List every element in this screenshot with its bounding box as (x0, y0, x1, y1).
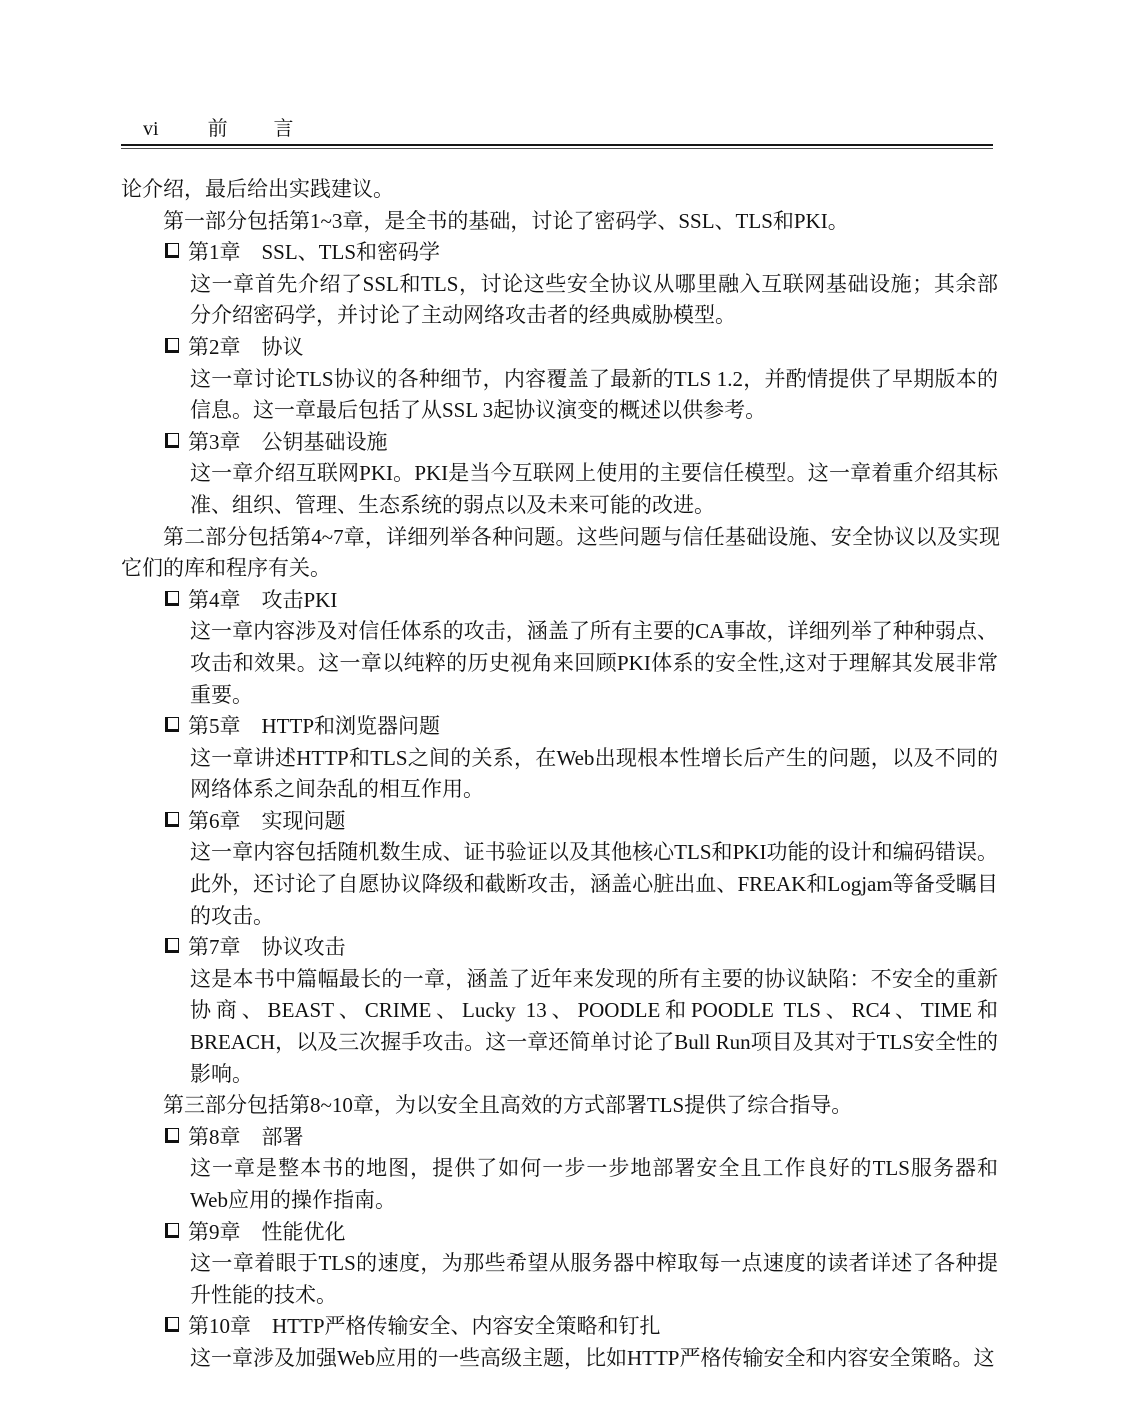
chapter-title: 实现问题 (262, 806, 346, 838)
chapter-item: 第3章公钥基础设施 (121, 427, 1000, 459)
chapter-label: 第1章 (188, 237, 241, 269)
chapter-item: 第2章协议 (121, 332, 1000, 364)
ballot-square-icon (165, 591, 179, 606)
ballot-square-icon (165, 717, 179, 732)
running-header: vi 前言 (121, 116, 993, 149)
chapter-title: SSL、TLS和密码学 (262, 237, 441, 269)
ballot-square-icon (165, 1223, 179, 1238)
chapter-item: 第4章攻击PKI (121, 585, 1000, 617)
header-title: 前言 (208, 116, 340, 142)
chapter-title: 协议攻击 (262, 932, 346, 964)
chapter-item: 第5章HTTP和浏览器问题 (121, 711, 1000, 743)
chapter-description: 这一章是整本书的地图，提供了如何一步一步地部署安全且工作良好的TLS服务器和We… (190, 1153, 998, 1216)
chapter-item: 第7章协议攻击 (121, 932, 1000, 964)
ballot-square-icon (165, 433, 179, 448)
book-page: vi 前言 论介绍，最后给出实践建议。第一部分包括第1~3章，是全书的基础，讨论… (0, 0, 1140, 1423)
ballot-square-icon (165, 938, 179, 953)
chapter-description: 这是本书中篇幅最长的一章，涵盖了近年来发现的所有主要的协议缺陷：不安全的重新协商… (190, 964, 998, 1090)
chapter-description: 这一章着眼于TLS的速度，为那些希望从服务器中榨取每一点速度的读者详述了各种提升… (190, 1248, 998, 1311)
ballot-square-icon (165, 812, 179, 827)
chapter-description: 这一章讲述HTTP和TLS之间的关系，在Web出现根本性增长后产生的问题，以及不… (190, 743, 998, 806)
part-paragraph: 第一部分包括第1~3章，是全书的基础，讨论了密码学、SSL、TLS和PKI。 (121, 206, 1000, 238)
preface-body: 论介绍，最后给出实践建议。第一部分包括第1~3章，是全书的基础，讨论了密码学、S… (121, 174, 1000, 1375)
chapter-item: 第9章性能优化 (121, 1217, 1000, 1249)
chapter-description: 这一章内容包括随机数生成、证书验证以及其他核心TLS和PKI功能的设计和编码错误… (190, 837, 998, 932)
chapter-description: 这一章内容涉及对信任体系的攻击，涵盖了所有主要的CA事故，详细列举了种种弱点、攻… (190, 616, 998, 711)
chapter-label: 第5章 (188, 711, 241, 743)
part-paragraph: 第二部分包括第4~7章，详细列举各种问题。这些问题与信任基础设施、安全协议以及实… (121, 522, 1000, 585)
chapter-title: 部署 (262, 1122, 304, 1154)
page-number: vi (143, 116, 159, 142)
ballot-square-icon (165, 243, 179, 258)
chapter-label: 第2章 (188, 332, 241, 364)
ballot-square-icon (165, 1317, 179, 1332)
chapter-item: 第8章部署 (121, 1122, 1000, 1154)
part-paragraph: 第三部分包括第8~10章，为以安全且高效的方式部署TLS提供了综合指导。 (121, 1090, 1000, 1122)
body-paragraph: 论介绍，最后给出实践建议。 (121, 174, 1000, 206)
header-rule (121, 144, 993, 149)
chapter-title: 攻击PKI (262, 585, 338, 617)
chapter-label: 第6章 (188, 806, 241, 838)
chapter-description: 这一章首先介绍了SSL和TLS，讨论这些安全协议从哪里融入互联网基础设施；其余部… (190, 269, 998, 332)
chapter-item: 第1章SSL、TLS和密码学 (121, 237, 1000, 269)
chapter-title: 公钥基础设施 (262, 427, 388, 459)
chapter-label: 第4章 (188, 585, 241, 617)
header-line: vi 前言 (121, 116, 993, 142)
chapter-label: 第8章 (188, 1122, 241, 1154)
chapter-item: 第6章实现问题 (121, 806, 1000, 838)
chapter-title: 性能优化 (262, 1217, 346, 1249)
chapter-label: 第3章 (188, 427, 241, 459)
chapter-label: 第10章 (188, 1311, 251, 1343)
chapter-description: 这一章介绍互联网PKI。PKI是当今互联网上使用的主要信任模型。这一章着重介绍其… (190, 458, 998, 521)
chapter-title: HTTP严格传输安全、内容安全策略和钉扎 (272, 1311, 661, 1343)
chapter-item: 第10章HTTP严格传输安全、内容安全策略和钉扎 (121, 1311, 1000, 1343)
chapter-label: 第7章 (188, 932, 241, 964)
chapter-label: 第9章 (188, 1217, 241, 1249)
ballot-square-icon (165, 338, 179, 353)
chapter-title: HTTP和浏览器问题 (262, 711, 441, 743)
ballot-square-icon (165, 1128, 179, 1143)
chapter-description: 这一章讨论TLS协议的各种细节，内容覆盖了最新的TLS 1.2，并酌情提供了早期… (190, 364, 998, 427)
chapter-title: 协议 (262, 332, 304, 364)
chapter-description: 这一章涉及加强Web应用的一些高级主题，比如HTTP严格传输安全和内容安全策略。… (190, 1343, 998, 1375)
